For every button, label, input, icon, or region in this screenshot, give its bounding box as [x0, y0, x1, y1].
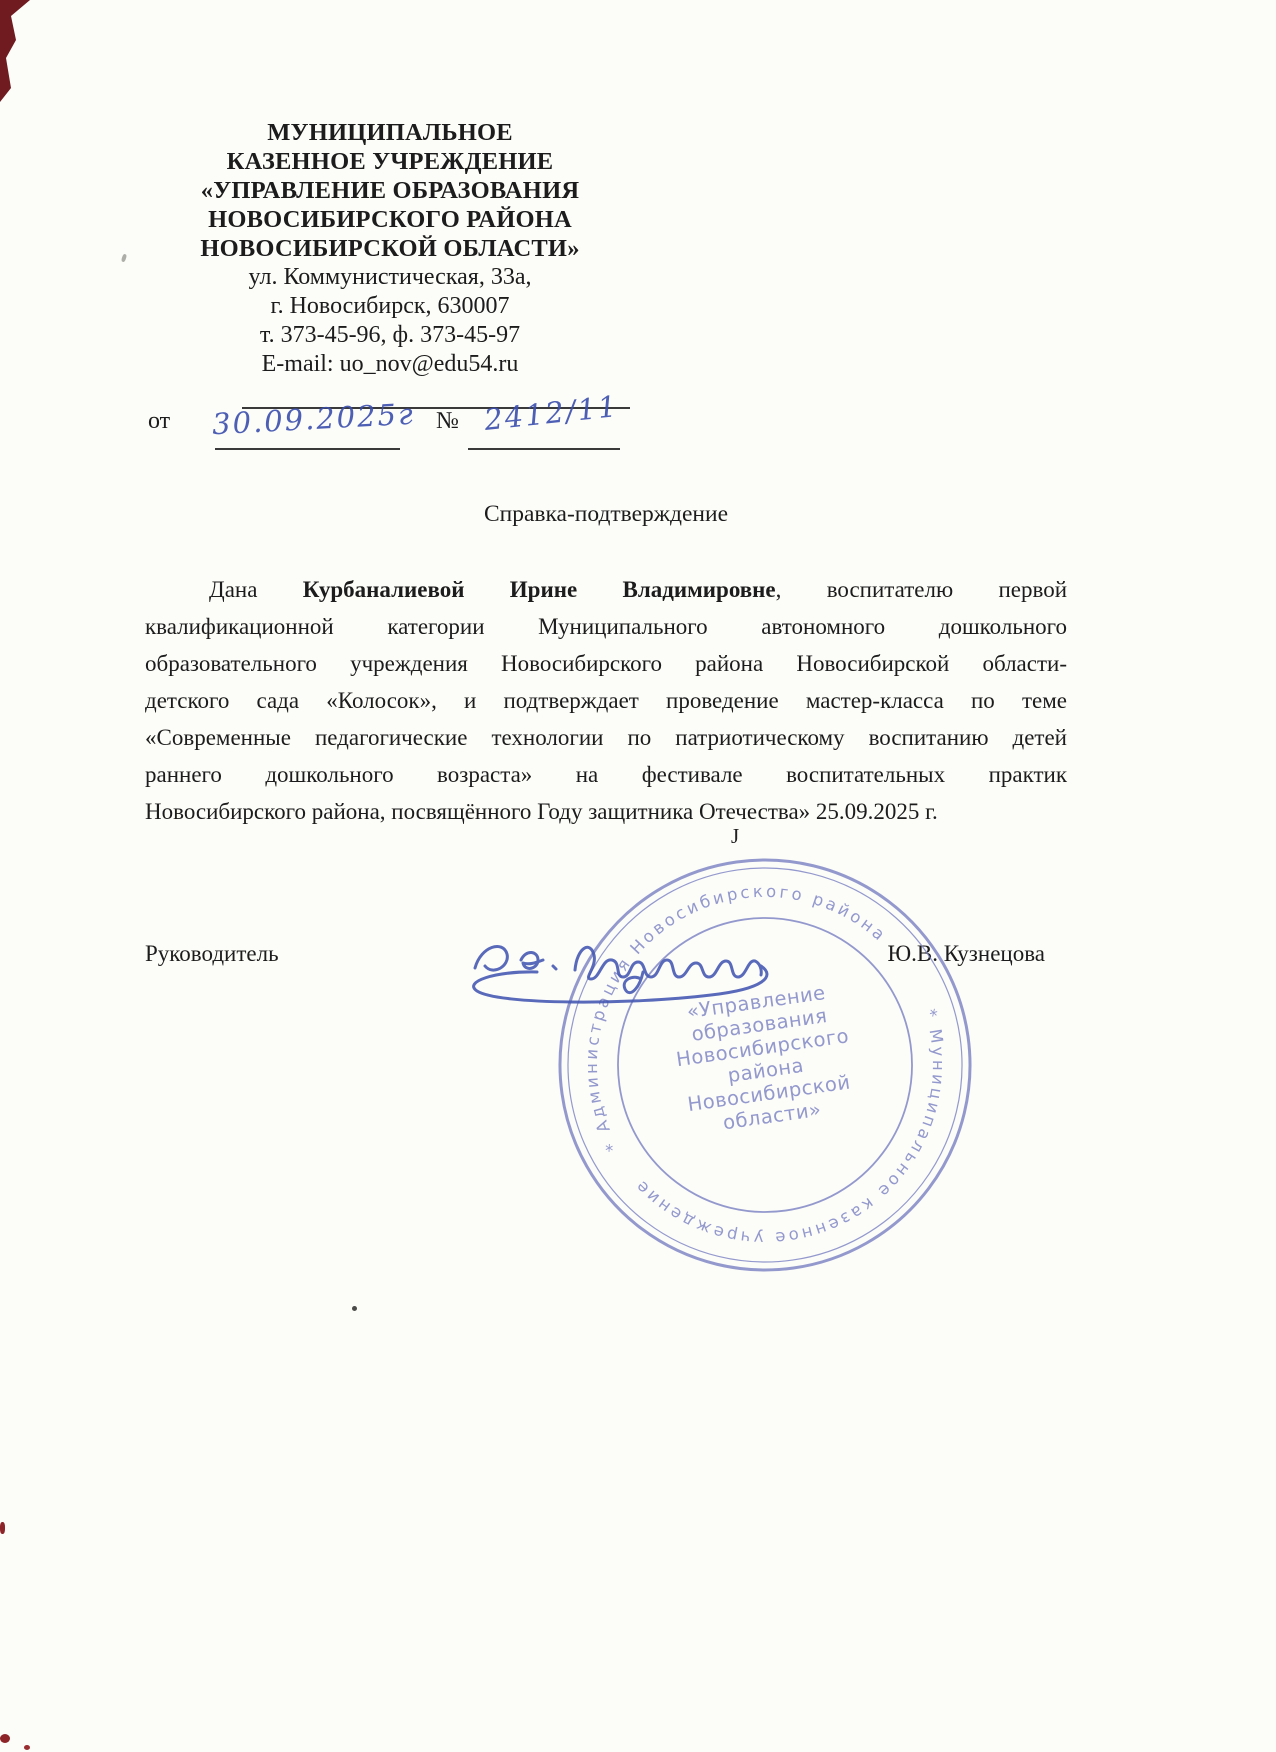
signature-stroke	[474, 966, 767, 1002]
org-address-line: г. Новосибирск, 630007	[175, 292, 605, 321]
body-paragraph: Дана Курбаналиевой Ирине Владимировне, в…	[145, 571, 1067, 830]
number-underline	[468, 448, 620, 450]
from-label: от	[148, 408, 170, 435]
signature-stroke	[521, 952, 543, 968]
org-address-line: ул. Коммунистическая, 33а,	[175, 263, 605, 292]
handwritten-signature	[445, 910, 815, 1020]
body-line: «Современные педагогические технологии п…	[145, 719, 1067, 756]
org-email-line: E-mail: uo_nov@edu54.ru	[175, 350, 605, 379]
handwritten-number: 2412/11	[483, 389, 620, 437]
scan-speck	[121, 254, 127, 263]
body-text: , воспитателю первой	[776, 577, 1067, 602]
handwritten-date: 30.09.2025г	[211, 397, 415, 442]
signature-stroke	[553, 966, 556, 969]
signer-role-label: Руководитель	[145, 941, 279, 967]
signature-stroke	[475, 946, 507, 970]
letterhead: МУНИЦИПАЛЬНОЕ КАЗЕННОЕ УЧРЕЖДЕНИЕ «УПРАВ…	[175, 118, 605, 379]
body-line: образовательного учреждения Новосибирско…	[145, 645, 1067, 682]
org-name-line: НОВОСИБИРСКОЙ ОБЛАСТИ»	[175, 234, 605, 263]
scan-speck	[24, 1745, 30, 1750]
scan-corner-artifact	[0, 0, 34, 102]
body-line: детского сада «Колосок», и подтверждает …	[145, 682, 1067, 719]
body-line: раннего дошкольного возраста» на фестива…	[145, 756, 1067, 793]
scan-speck	[0, 1522, 5, 1534]
signature-stroke	[575, 947, 761, 979]
org-phone-line: т. 373-45-96, ф. 373-45-97	[175, 321, 605, 350]
org-name-line: МУНИЦИПАЛЬНОЕ	[175, 118, 605, 147]
scan-speck	[352, 1306, 357, 1311]
document-title: Справка-подтверждение	[145, 501, 1067, 528]
org-name-line: КАЗЕННОЕ УЧРЕЖДЕНИЕ	[175, 147, 605, 176]
recipient-name: Курбаналиевой Ирине Владимировне	[303, 577, 776, 602]
scanned-letter-page: МУНИЦИПАЛЬНОЕ КАЗЕННОЕ УЧРЕЖДЕНИЕ «УПРАВ…	[0, 0, 1276, 1752]
org-name-line: «УПРАВЛЕНИЕ ОБРАЗОВАНИЯ	[175, 176, 605, 205]
body-line: квалификационной категории Муниципальног…	[145, 608, 1067, 645]
body-text: Дана	[209, 577, 303, 602]
body-line: Дана Курбаналиевой Ирине Владимировне, в…	[145, 571, 1067, 608]
body-line: Новосибирского района, посвящённого Году…	[145, 793, 1067, 830]
scan-speck	[0, 1734, 10, 1743]
org-name-line: НОВОСИБИРСКОГО РАЙОНА	[175, 205, 605, 234]
number-label: №	[436, 408, 459, 435]
date-underline	[215, 448, 400, 450]
